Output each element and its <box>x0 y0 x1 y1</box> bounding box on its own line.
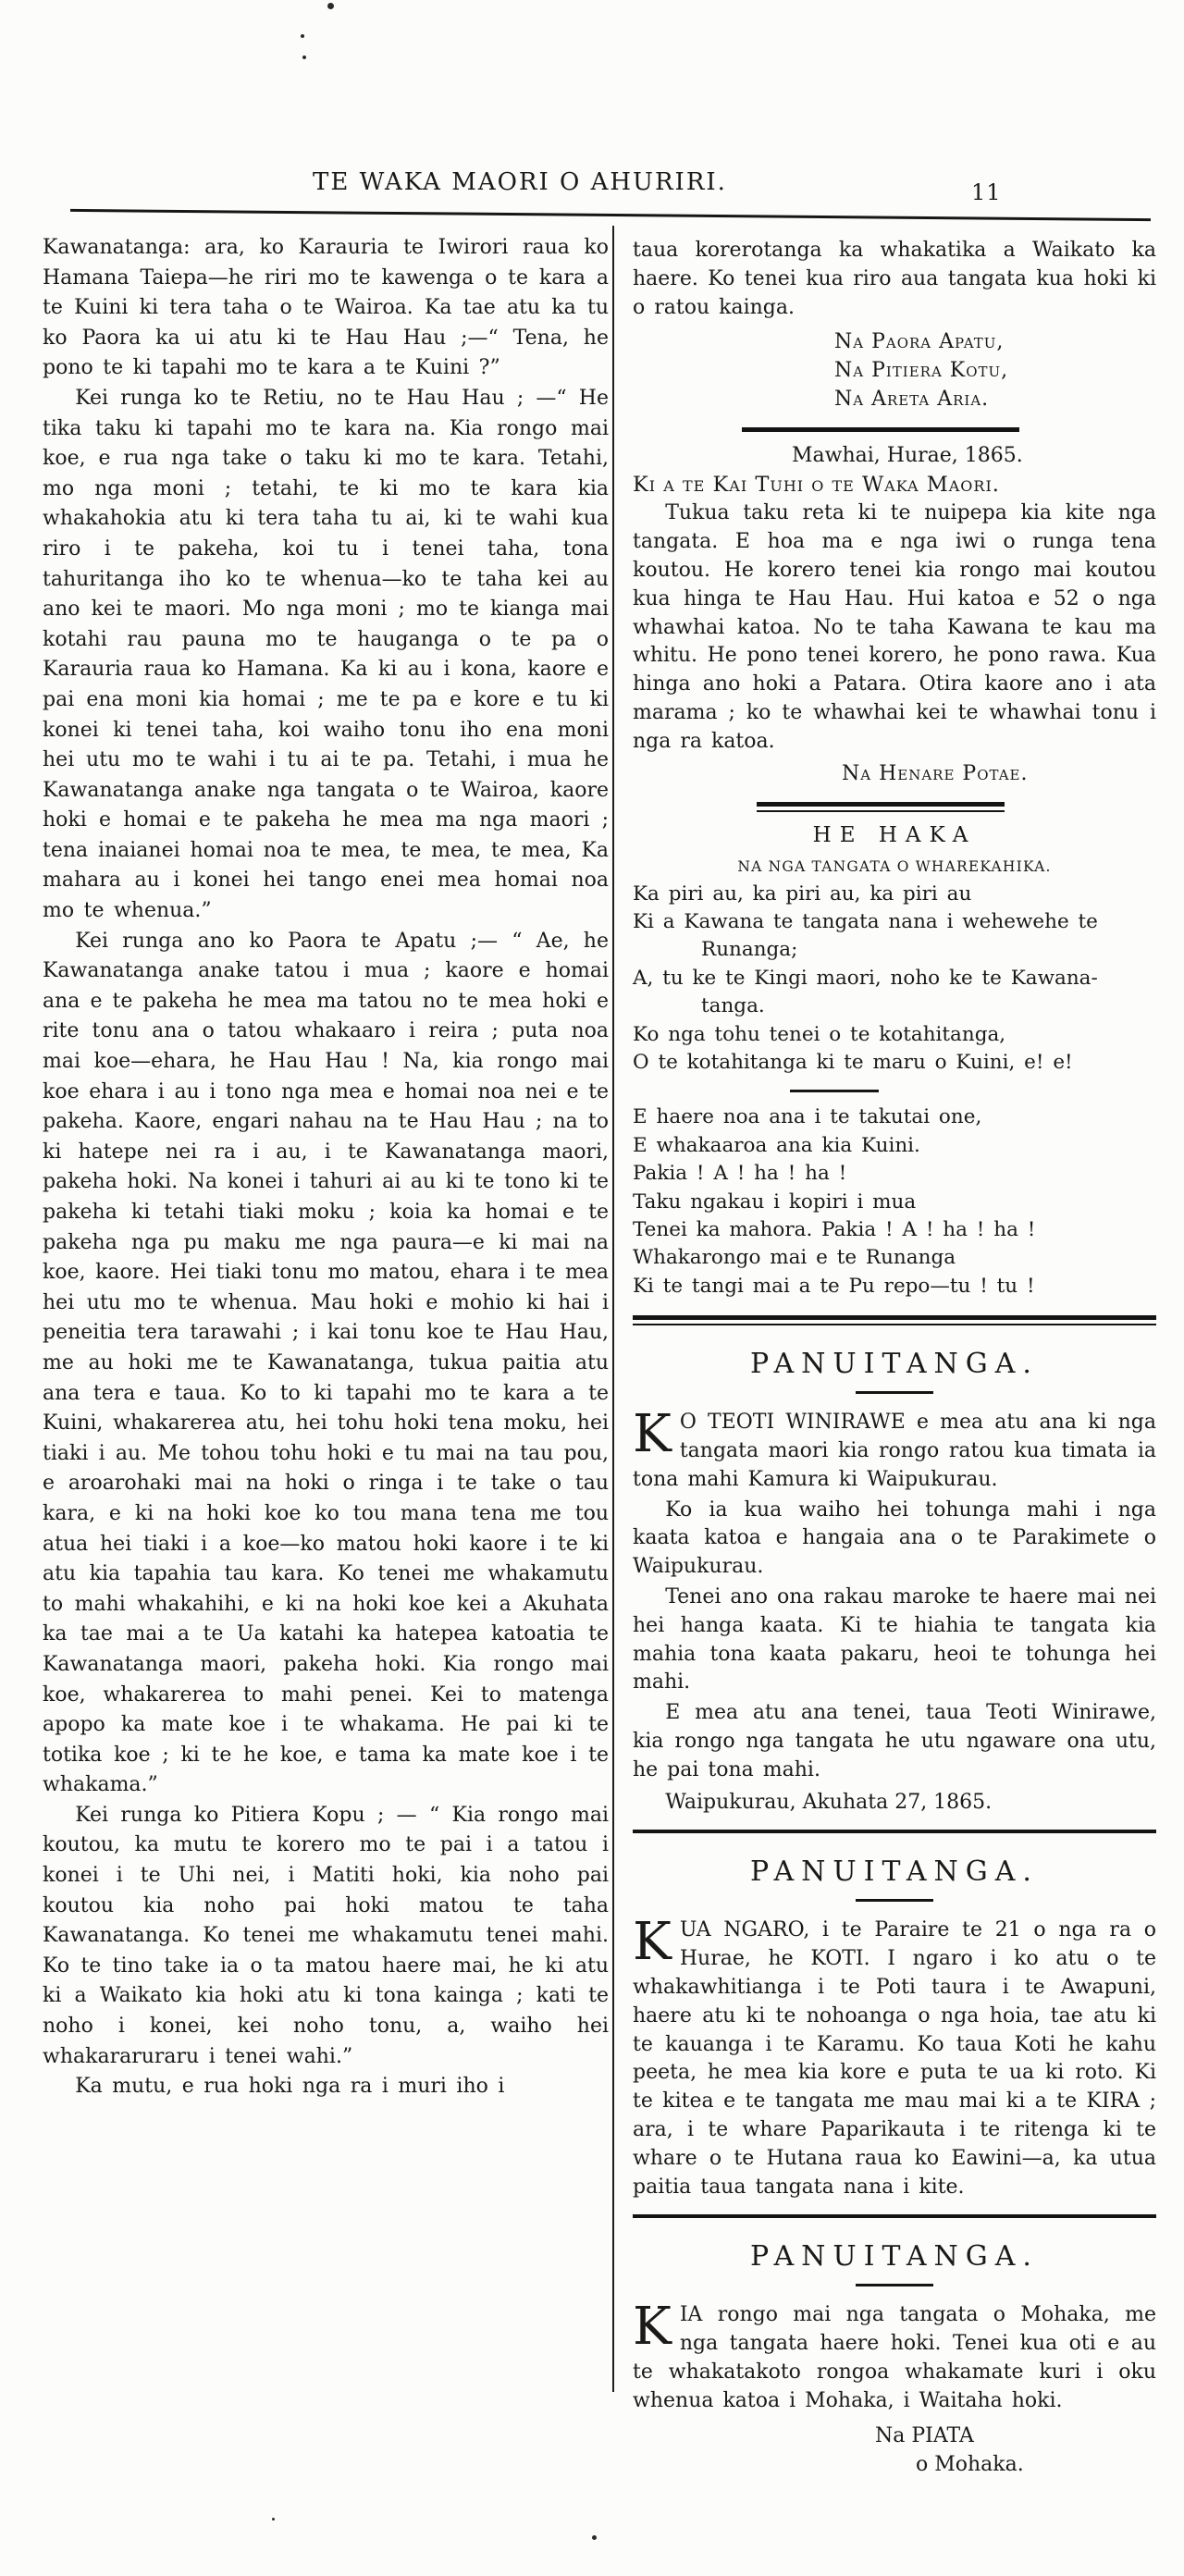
notice-heading: PANUITANGA. <box>633 2240 1156 2273</box>
section-rule <box>633 1830 1156 1833</box>
notice-paragraph: E mea atu ana tenei, taua Teoti Winirawe… <box>633 1699 1156 1784</box>
notice-lead-paragraph: KO TEOTI WINIRAWE e mea atu ana ki nga t… <box>633 1409 1156 1494</box>
column-divider-rule <box>612 226 614 2392</box>
newspaper-page: TE WAKA MAORI O AHURIRI. 11 Kawanatanga:… <box>0 0 1184 2576</box>
notice-lead-text: UA NGARO, i te Paraire te 21 o nga ra o … <box>633 1918 1156 2198</box>
signature-line: Na Areta Aria. <box>834 385 1156 413</box>
verse-line: E haere noa ana i te takutai one, <box>633 1103 1156 1131</box>
verse-line: Ko nga tohu tenei o te kotahitanga, <box>633 1021 1156 1049</box>
notice-lead-paragraph: KIA rongo mai nga tangata o Mohaka, me n… <box>633 2301 1156 2415</box>
section-rule <box>742 427 1019 432</box>
ink-speck <box>301 34 304 38</box>
drop-cap-initial: K <box>633 2301 680 2348</box>
verse-line: Tenei ka mahora. Pakia ! A ! ha ! ha ! <box>633 1216 1156 1244</box>
decorative-rule <box>757 802 1005 812</box>
haka-verse-2: E haere noa ana i te takutai one, E whak… <box>633 1103 1156 1300</box>
verse-line: Ki te tangi mai a te Pu repo—tu ! tu ! <box>633 1273 1156 1300</box>
left-column: Kawanatanga: ara, ko Karauria te Iwirori… <box>43 233 609 2102</box>
page-number: 11 <box>971 179 1002 205</box>
drop-cap-initial: K <box>633 1917 680 1964</box>
ink-speck <box>302 55 306 59</box>
haka-byline: NA NGA TANGATA O WHAREKAHIKA. <box>633 858 1156 875</box>
verse-line: O te kotahitanga ki te maru o Kuini, e! … <box>633 1049 1156 1077</box>
notice-lost-coat: PANUITANGA. KUA NGARO, i te Paraire te 2… <box>633 1830 1156 2201</box>
paragraph-pitiera-kopu-speech: Kei runga ko Pitiera Kopu ; — “ Kia rong… <box>43 1801 609 2072</box>
notice-signature-place: o Mohaka. <box>633 2450 1156 2479</box>
verse-line: E whakaaroa ana kia Kuini. <box>633 1132 1156 1160</box>
notice-lead-paragraph: KUA NGARO, i te Paraire te 21 o nga ra o… <box>633 1917 1156 2201</box>
heading-rule <box>856 2284 933 2286</box>
verse-line-turnover: Runanga; <box>633 936 1156 964</box>
verse-line: Whakarongo mai e te Runanga <box>633 1244 1156 1272</box>
header-rule <box>70 209 1151 221</box>
letter-signature: Na Henare Potae. <box>633 762 1156 785</box>
notice-heading: PANUITANGA. <box>633 1348 1156 1380</box>
letter-recipient: Ki a te Kai Tuhi o te Waka Maori. <box>633 470 1156 499</box>
verse-line: A, tu ke te Kingi maori, noho ke te Kawa… <box>633 965 1156 992</box>
section-rule <box>633 2214 1156 2218</box>
ink-speck <box>327 3 334 9</box>
drop-cap-initial: K <box>633 1409 680 1456</box>
notice-paragraph: Ko ia kua waiho hei tohunga mahi i nga k… <box>633 1497 1156 1582</box>
haka-verse-1: Ka piri au, ka piri au, ka piri au Ki a … <box>633 881 1156 1078</box>
notice-heading: PANUITANGA. <box>633 1855 1156 1888</box>
heading-rule <box>856 1899 933 1902</box>
verse-separator-rule <box>790 1090 879 1092</box>
verse-line: Ki a Kawana te tangata nana i wehewehe t… <box>633 908 1156 936</box>
notice-dateline: Waipukurau, Akuhata 27, 1865. <box>633 1789 1156 1818</box>
notice-lead-text: O TEOTI WINIRAWE e mea atu ana ki nga ta… <box>633 1411 1156 1491</box>
signature-line: Na Pitiera Kotu, <box>834 356 1156 385</box>
letter-dateline: Mawhai, Hurae, 1865. <box>633 441 1156 470</box>
haka-title: HE HAKA <box>633 823 1156 847</box>
verse-line: Ka piri au, ka piri au, ka piri au <box>633 881 1156 908</box>
notice-paragraph: Tenei ano ona rakau maroke te haere mai … <box>633 1584 1156 1697</box>
ink-speck <box>592 2535 597 2540</box>
paragraph-speech-continuation: Kawanatanga: ara, ko Karauria te Iwirori… <box>43 233 609 384</box>
notice-signature: Na PIATA <box>633 2422 1156 2450</box>
paragraph-retiu-speech: Kei runga ko te Retiu, no te Hau Hau ; —… <box>43 384 609 927</box>
notice-lead-text: IA rongo mai nga tangata o Mohaka, me ng… <box>633 2303 1156 2411</box>
verse-line: Taku ngakau i kopiri i mua <box>633 1189 1156 1216</box>
notice-teoti-winirawe: PANUITANGA. KO TEOTI WINIRAWE e mea atu … <box>633 1315 1156 1817</box>
paragraph-continuation: taua korerotanga ka whakatika a Waikato … <box>633 237 1156 322</box>
ink-speck <box>272 2518 275 2521</box>
signature-block: Na Paora Apatu, Na Pitiera Kotu, Na Aret… <box>633 327 1156 413</box>
section-rule <box>633 1315 1156 1325</box>
notice-mohaka: PANUITANGA. KIA rongo mai nga tangata o … <box>633 2214 1156 2478</box>
letter-body: Tukua taku reta ki te nuipepa kia kite n… <box>633 499 1156 756</box>
verse-line: Pakia ! A ! ha ! ha ! <box>633 1160 1156 1188</box>
page-title: TE WAKA MAORI O AHURIRI. <box>313 168 727 196</box>
signature-line: Na Paora Apatu, <box>834 327 1156 356</box>
verse-line-turnover: tanga. <box>633 992 1156 1020</box>
heading-rule <box>856 1391 933 1394</box>
paragraph-closing-line: Ka mutu, e rua hoki nga ra i muri iho i <box>43 2072 609 2102</box>
paragraph-paora-te-apatu-speech: Kei runga ano ko Paora te Apatu ;— “ Ae,… <box>43 927 609 1801</box>
right-column: taua korerotanga ka whakatika a Waikato … <box>633 237 1156 2479</box>
